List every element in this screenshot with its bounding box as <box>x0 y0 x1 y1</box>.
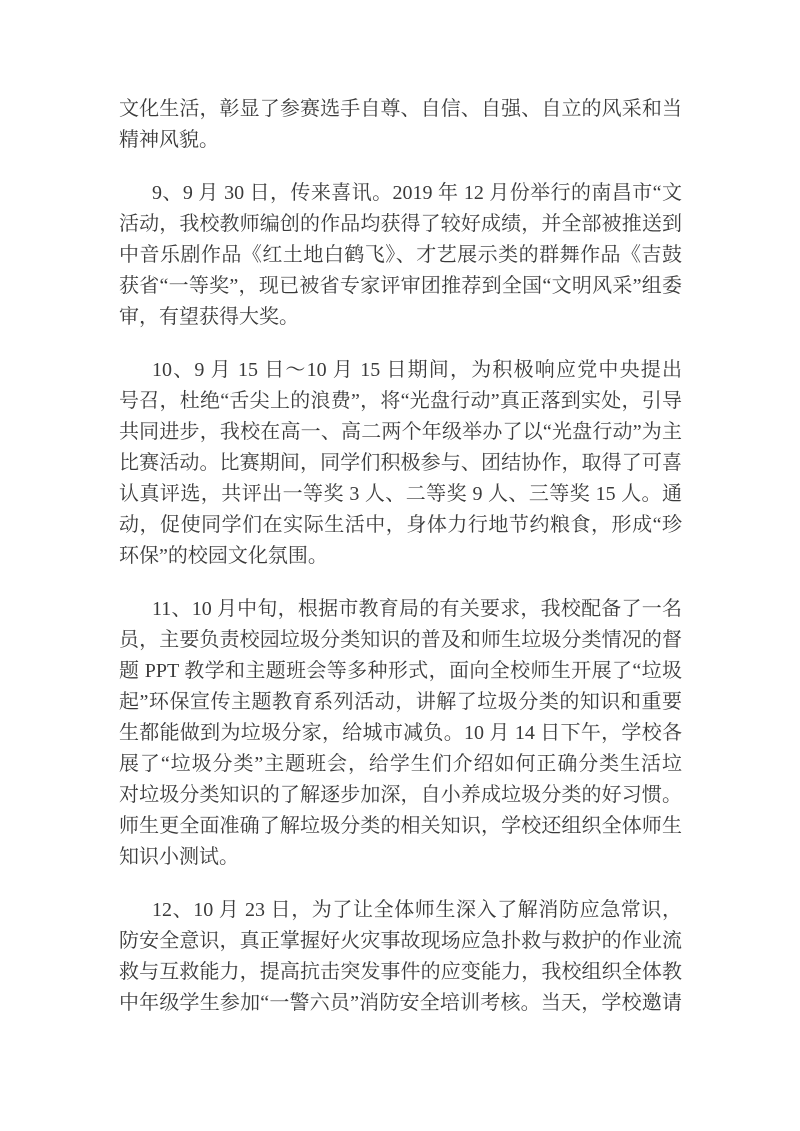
text-line: 10、9 月 15 日～10 月 15 日期间，为积极响应党中央提出的“光盘行动… <box>119 355 682 386</box>
text-line: 号召，杜绝“舌尖上的浪费”，将“光盘行动”真正落到实处，引导全体同学 <box>119 386 682 417</box>
text-line: 比赛活动。比赛期间，同学们积极参与、团结协作，取得了可喜的成绩。经过 <box>119 448 682 479</box>
text-line: 文化生活，彰显了参赛选手自尊、自信、自强、自立的风采和当代中职学生的 <box>119 94 682 125</box>
text-line: 9、9 月 30 日，传来喜讯。2019 年 12 月份举行的南昌市“文明风采”… <box>119 178 682 209</box>
text-line: 生都能做到为垃圾分家，给城市减负。10 月 14 日下午，学校各年级班主任开 <box>119 718 682 749</box>
text-line: 师生更全面准确了解垃圾分类的相关知识，学校还组织全体师生参加垃圾分类 <box>119 811 682 842</box>
text-line: 防安全意识，真正掌握好火灾事故现场应急扑救与救护的作业流程，并具备自 <box>119 926 682 957</box>
text-line: 题 PPT 教学和主题班会等多种形式，面向全校师生开展了“垃圾分类，从我做 <box>119 656 682 687</box>
text-line: 起”环保宣传主题教育系列活动，讲解了垃圾分类的知识和重要性，让全体师 <box>119 687 682 718</box>
text-line: 中音乐剧作品《红土地白鹤飞》、才艺展示类的群舞作品《吉鼓欢歌》双双荣 <box>119 240 682 271</box>
text-line: 审，有望获得大奖。 <box>119 302 682 333</box>
paragraph-9: 9、9 月 30 日，传来喜讯。2019 年 12 月份举行的南昌市“文明风采”… <box>119 178 682 333</box>
paragraph-10: 10、9 月 15 日～10 月 15 日期间，为积极响应党中央提出的“光盘行动… <box>119 355 682 572</box>
text-line: 11、10 月中旬，根据市教育局的有关要求，我校配备了一名垃圾分类专 <box>119 594 682 625</box>
text-line: 中年级学生参加“一警六员”消防安全培训考核。当天，学校邀请了南昌市青 <box>119 988 682 1019</box>
text-line: 12、10 月 23 日，为了让全体师生深入了解消防应急常识，切实树立起消 <box>119 895 682 926</box>
document-body: 文化生活，彰显了参赛选手自尊、自信、自强、自立的风采和当代中职学生的精神风貌。9… <box>119 94 682 1019</box>
text-line: 获省“一等奖”，现已被省专家评审团推荐到全国“文明风采”组委会进行评 <box>119 271 682 302</box>
text-line: 救与互救能力，提高抗击突发事件的应变能力，我校组织全体教职工及部分高 <box>119 957 682 988</box>
text-line: 活动，我校教师编创的作品均获得了较好成绩，并全部被推送到省里评奖。其 <box>119 209 682 240</box>
text-line: 员，主要负责校园垃圾分类知识的普及和师生垃圾分类情况的督查工作。以专 <box>119 625 682 656</box>
paragraph-12: 12、10 月 23 日，为了让全体师生深入了解消防应急常识，切实树立起消防安全… <box>119 895 682 1019</box>
text-line: 环保”的校园文化氛围。 <box>119 541 682 572</box>
document-page: 文化生活，彰显了参赛选手自尊、自信、自强、自立的风采和当代中职学生的精神风貌。9… <box>0 0 800 1131</box>
text-line: 精神风貌。 <box>119 125 682 156</box>
text-line: 展了“垃圾分类”主题班会，给学生们介绍如何正确分类生活垃圾，使学生们 <box>119 749 682 780</box>
text-line: 共同进步，我校在高一、高二两个年级举办了以“光盘行动”为主题的手抄报 <box>119 417 682 448</box>
paragraph-11: 11、10 月中旬，根据市教育局的有关要求，我校配备了一名垃圾分类专员，主要负责… <box>119 594 682 873</box>
paragraph-continuation: 文化生活，彰显了参赛选手自尊、自信、自强、自立的风采和当代中职学生的精神风貌。 <box>119 94 682 156</box>
text-line: 认真评选，共评出一等奖 3 人、二等奖 9 人、三等奖 15 人。通过组织比赛活 <box>119 479 682 510</box>
text-line: 对垃圾分类知识的了解逐步加深，自小养成垃圾分类的好习惯。此外，为了让 <box>119 780 682 811</box>
text-line: 动，促使同学们在实际生活中，身体力行地节约粮食，形成“珍惜粮食、关爱 <box>119 510 682 541</box>
text-line: 知识小测试。 <box>119 842 682 873</box>
